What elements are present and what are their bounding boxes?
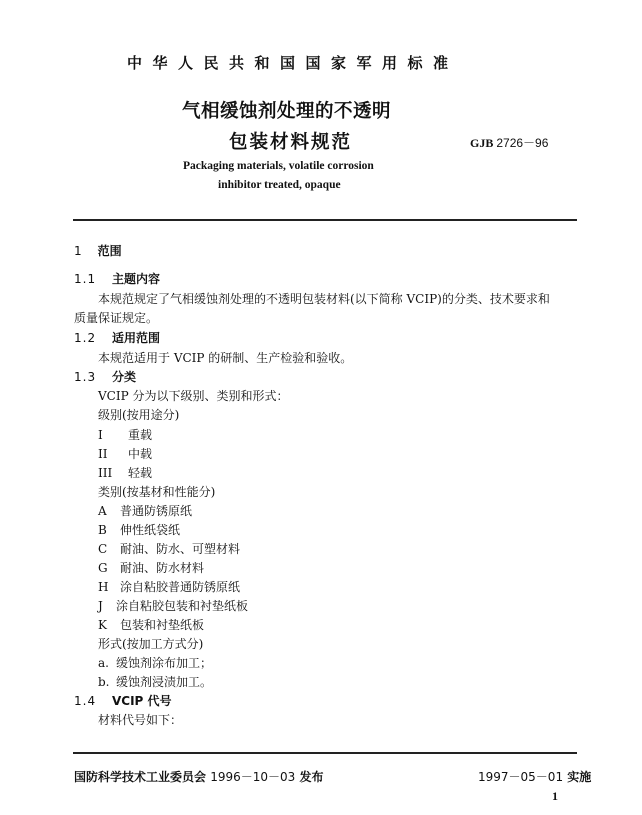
title-en-line2: inhibitor treated, opaque xyxy=(218,179,341,191)
section-1-1-para-line2: 质量保证规定。 xyxy=(74,309,158,326)
type-item: A普通防锈原纸 xyxy=(98,502,192,519)
grade-label: 中载 xyxy=(128,447,152,461)
section-title: 主题内容 xyxy=(112,272,160,286)
form-code: a. xyxy=(98,656,116,670)
standard-code: GJB 2726－96 xyxy=(470,134,548,151)
effective-info: 1997－05－01 实施 xyxy=(478,768,591,785)
type-label: 耐油、防水材料 xyxy=(120,561,204,575)
title-cn-line1: 气相缓蚀剂处理的不透明 xyxy=(182,97,391,123)
type-item: B伸性纸袋纸 xyxy=(98,521,180,538)
page-number: 1 xyxy=(552,789,558,804)
type-label: 耐油、防水、可塑材料 xyxy=(120,542,240,556)
section-1-2-heading: 1.2适用范围 xyxy=(74,329,160,346)
section-title: 适用范围 xyxy=(112,331,160,345)
section-1-1-para-line1: 本规范规定了气相缓蚀剂处理的不透明包装材料(以下简称 VCIP)的分类、技术要求… xyxy=(98,290,550,307)
section-number: 1.2 xyxy=(74,331,112,345)
issue-info: 国防科学技术工业委员会 1996－10－03 发布 xyxy=(74,768,324,785)
form-item: a.缓蚀剂涂布加工； xyxy=(98,654,212,671)
grade-code: II xyxy=(98,447,128,461)
types-heading: 类别(按基材和性能分) xyxy=(98,483,215,500)
standard-code-number: 2726－96 xyxy=(496,136,548,150)
form-code: b. xyxy=(98,675,116,689)
type-label: 涂自粘胶包装和衬垫纸板 xyxy=(116,599,248,613)
type-code: A xyxy=(98,504,120,518)
section-1-2-para: 本规范适用于 VCIP 的研制、生产检验和验收。 xyxy=(98,349,352,366)
issuer: 国防科学技术工业委员会 xyxy=(74,770,206,784)
title-cn-line2: 包装材料规范 xyxy=(229,128,352,154)
document-page: 中华人民共和国国家军用标准 气相缓蚀剂处理的不透明 包装材料规范 GJB 272… xyxy=(0,0,642,815)
section-1-4-para: 材料代号如下： xyxy=(98,711,182,728)
type-code: G xyxy=(98,561,120,575)
issue-date: 1996－10－03 xyxy=(210,770,295,784)
form-item: b.缓蚀剂浸渍加工。 xyxy=(98,673,212,690)
section-1-3-heading: 1.3分类 xyxy=(74,368,136,385)
type-code: C xyxy=(98,542,120,556)
type-code: H xyxy=(98,580,120,594)
form-label: 缓蚀剂涂布加工； xyxy=(116,656,212,670)
section-title: 分类 xyxy=(112,370,136,384)
standard-code-prefix: GJB xyxy=(470,136,493,150)
effective-label: 实施 xyxy=(567,770,591,784)
issue-label: 发布 xyxy=(299,770,323,784)
section-number: 1.4 xyxy=(74,694,112,708)
grade-code: I xyxy=(98,428,128,442)
section-1-1-heading: 1.1主题内容 xyxy=(74,270,160,287)
grades-heading: 级别(按用途分) xyxy=(98,406,179,423)
grade-item: I重载 xyxy=(98,426,152,443)
type-label: 伸性纸袋纸 xyxy=(120,523,180,537)
type-label: 包装和衬垫纸板 xyxy=(120,618,204,632)
type-label: 普通防锈原纸 xyxy=(120,504,192,518)
type-item: G耐油、防水材料 xyxy=(98,559,204,576)
section-number: 1 xyxy=(74,244,82,258)
type-code: J xyxy=(98,599,116,613)
type-label: 涂自粘胶普通防锈原纸 xyxy=(120,580,240,594)
grade-item: III轻载 xyxy=(98,464,152,481)
form-label: 缓蚀剂浸渍加工。 xyxy=(116,675,212,689)
classification-intro: VCIP 分为以下级别、类别和形式： xyxy=(98,387,288,404)
section-title: VCIP 代号 xyxy=(112,694,172,708)
forms-heading: 形式(按加工方式分) xyxy=(98,635,203,652)
section-1-4-heading: 1.4VCIP 代号 xyxy=(74,692,172,709)
header-divider xyxy=(73,219,577,221)
type-code: K xyxy=(98,618,120,632)
footer-divider xyxy=(73,752,577,754)
grade-label: 轻载 xyxy=(128,466,152,480)
section-title: 范围 xyxy=(98,244,122,258)
standard-type-header: 中华人民共和国国家军用标准 xyxy=(127,52,459,73)
section-1-heading: 1范围 xyxy=(74,242,122,259)
type-code: B xyxy=(98,523,120,537)
type-item: H涂自粘胶普通防锈原纸 xyxy=(98,578,240,595)
title-en-line1: Packaging materials, volatile corrosion xyxy=(183,160,374,172)
grade-code: III xyxy=(98,466,128,480)
section-number: 1.1 xyxy=(74,272,112,286)
section-number: 1.3 xyxy=(74,370,112,384)
grade-item: II中载 xyxy=(98,445,152,462)
type-item: K包装和衬垫纸板 xyxy=(98,616,204,633)
type-item: J涂自粘胶包装和衬垫纸板 xyxy=(98,597,248,614)
type-item: C耐油、防水、可塑材料 xyxy=(98,540,240,557)
effective-date: 1997－05－01 xyxy=(478,770,563,784)
grade-label: 重载 xyxy=(128,428,152,442)
